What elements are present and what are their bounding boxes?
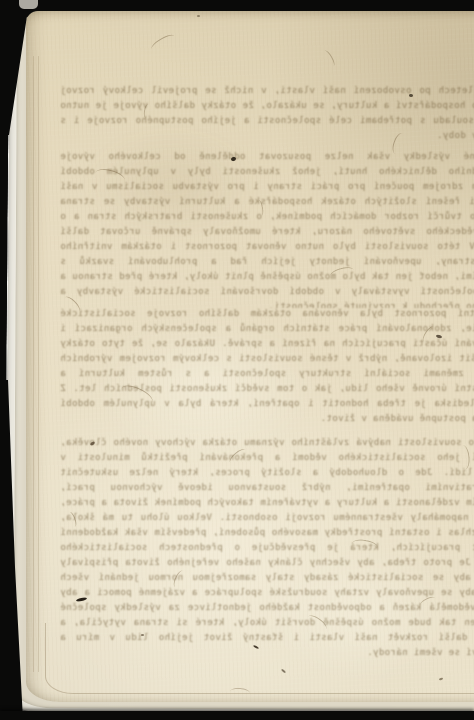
gutter-crease-line: [33, 56, 34, 672]
bleedthrough-paragraph-3: Zvláštní pozornost byla věnována otázkám…: [60, 307, 474, 433]
scan-background-bottom-band: [0, 711, 474, 720]
ink-speck: [141, 634, 144, 636]
scan-frame: ních letech po osvobození naší vlasti, v…: [0, 0, 474, 720]
book-page: ních letech po osvobození naší vlasti, v…: [26, 11, 474, 702]
gutter-crease-line: [38, 56, 39, 672]
paper-grain-texture: [26, 11, 474, 702]
bleedthrough-paragraph-1: ních letech po osvobození naší vlasti, v…: [60, 84, 474, 145]
page-corner-inset-line: [45, 623, 474, 694]
ink-speck: [197, 15, 200, 17]
bleedthrough-paragraph-2: Uvedené výsledky však nelze posuzovat od…: [60, 150, 474, 308]
paper-stain: [86, 131, 256, 241]
bleedthrough-text-layer: ních letech po osvobození naší vlasti, v…: [60, 11, 474, 702]
binding-tab: [19, 0, 38, 9]
